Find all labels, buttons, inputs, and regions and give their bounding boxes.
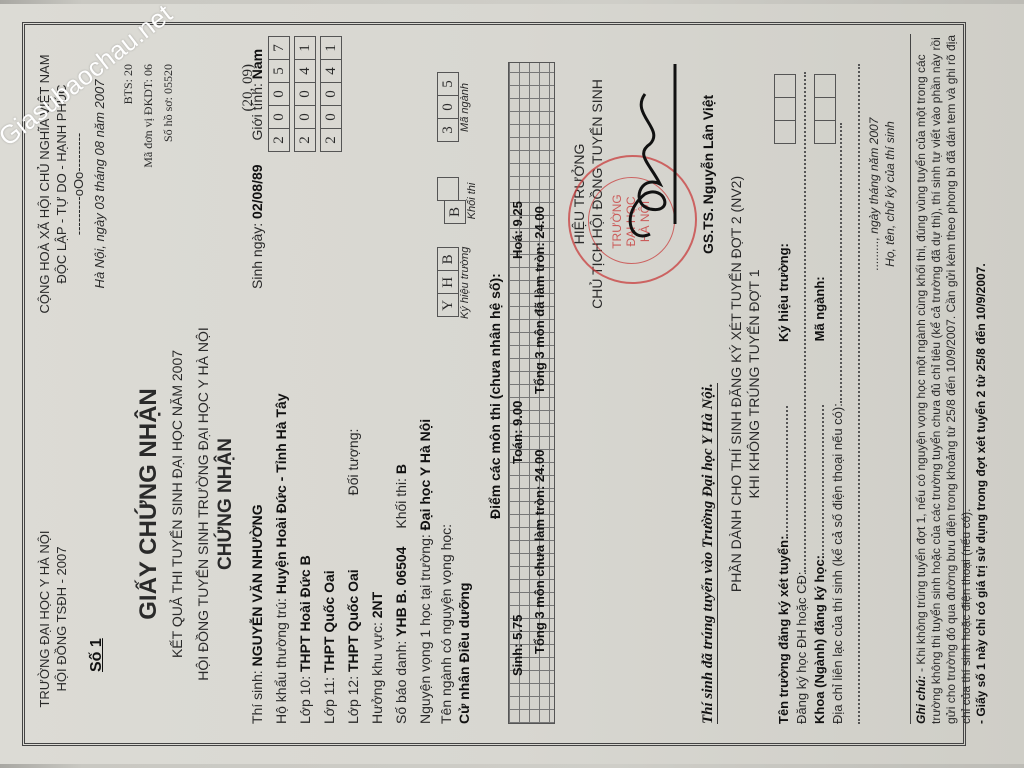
school-code-group: YHB Ký hiệu trường bbox=[437, 247, 471, 319]
council-name: HỘI ĐỒNG TSĐH - 2007 bbox=[53, 514, 70, 724]
code-box: B bbox=[444, 200, 466, 224]
code-box: 0 bbox=[437, 95, 459, 119]
certificate-subtitle: KẾT QUẢ THI TUYỂN SINH ĐẠI HỌC NĂM 2007 bbox=[169, 284, 185, 724]
total-unrounded: Tổng 3 môn chưa làm tròn: 24.00 bbox=[532, 450, 547, 654]
unit-code: Mã đơn vị ĐKDT: 06 bbox=[138, 64, 158, 168]
label: Lớp 12: bbox=[345, 676, 361, 724]
nv2-major-code-boxes bbox=[814, 75, 841, 144]
code-box: 5 bbox=[268, 59, 290, 83]
total-rounded: Tổng 3 môn đã làm tròn: 24.00 bbox=[532, 206, 547, 394]
label: Thí sinh: bbox=[249, 670, 265, 724]
grade11-school: THPT Quốc Oai bbox=[321, 570, 337, 673]
code-box: 5 bbox=[437, 72, 459, 96]
label: Hưởng khu vực: bbox=[369, 622, 385, 724]
school-code-label: Ký hiệu trường bbox=[459, 247, 471, 319]
certificate-page: TRƯỜNG ĐẠI HỌC Y HÀ NỘI HỘI ĐỒNG TSĐH - … bbox=[0, 4, 1024, 764]
region: 2NT bbox=[369, 592, 385, 618]
candidate-sign-block: ........., ngày tháng năm 2007 Họ, tên, … bbox=[866, 64, 898, 324]
label: Nguyện vọng 1 học tại trường: bbox=[417, 534, 433, 724]
code-box: H bbox=[437, 270, 459, 294]
note-line: chỉ của thí sinh hoặc điện thoại (nếu có… bbox=[959, 34, 974, 724]
address-field[interactable] bbox=[840, 123, 842, 403]
code-box: 3 bbox=[437, 118, 459, 142]
document-number: Số 1 bbox=[88, 638, 106, 672]
school-field[interactable] bbox=[786, 406, 788, 536]
code-box: 1 bbox=[320, 36, 342, 60]
bts-code: BTS: 20 bbox=[118, 64, 138, 168]
code-box bbox=[437, 177, 459, 201]
notes-block: Ghi chú: - Khi không trúng tuyển đợt 1, … bbox=[910, 34, 989, 724]
code-box: 0 bbox=[268, 105, 290, 129]
council-title: HỘI ĐỒNG TUYỂN SINH TRƯỜNG ĐẠI HỌC Y HÀ … bbox=[195, 284, 211, 724]
label: Khối thi: bbox=[393, 478, 409, 529]
level-field-label: Đăng ký học ĐH hoặc CĐ: bbox=[794, 572, 809, 724]
candidate-info: Thí sinh: NGUYỄN VĂN NHƯỜNG Hộ khẩu thườ… bbox=[245, 393, 473, 724]
sign-date: ........., ngày tháng năm 2007 bbox=[866, 64, 882, 324]
major-code-label: Mã ngành bbox=[459, 73, 471, 142]
major-code-group: 305 Mã ngành bbox=[437, 73, 471, 142]
nv2-subtitle: KHI KHÔNG TRÚNG TUYỂN ĐỢT 1 bbox=[745, 44, 763, 724]
code-box: 0 bbox=[294, 105, 316, 129]
nv2-title: PHẦN DÀNH CHO THÍ SINH ĐĂNG KÝ XÉT TUYỂN… bbox=[727, 44, 745, 724]
exam-block: B bbox=[393, 464, 409, 474]
code-box: 2 bbox=[320, 128, 342, 152]
address-field-label: Địa chỉ liên lạc của thí sinh (kể cả số … bbox=[830, 403, 845, 724]
code-box: 1 bbox=[294, 36, 316, 60]
grade10-school: THPT Hoài Đức B bbox=[297, 555, 313, 672]
address-field-line2[interactable] bbox=[858, 64, 860, 724]
level-field[interactable] bbox=[804, 72, 806, 572]
label: Lớp 11: bbox=[321, 677, 337, 724]
code-box: Y bbox=[437, 293, 459, 317]
label: Hộ khẩu thường trú: bbox=[273, 598, 289, 724]
notes-label: Ghi chú: bbox=[914, 675, 928, 724]
label: Số báo danh: bbox=[393, 641, 409, 724]
note-line: - Giấy số 1 này chỉ có giá trị sử dụng t… bbox=[974, 34, 989, 724]
code-rows: 200572004120041 bbox=[268, 37, 346, 152]
nv2-form: Tên trường đăng ký xét tuyển: Ký hiệu tr… bbox=[775, 64, 865, 724]
exam-block-group: B Khối thi bbox=[437, 178, 478, 224]
signer-name: GS.TS. Nguyễn Lân Việt bbox=[700, 95, 716, 254]
code-box: 0 bbox=[294, 82, 316, 106]
title-block: GIẤY CHỨNG NHẬN KẾT QUẢ THI TUYỂN SINH Đ… bbox=[135, 284, 237, 724]
codes-block: BTS: 20 Mã đơn vị ĐKDT: 06 Số hồ sơ: 055… bbox=[118, 64, 178, 168]
code-box: 0 bbox=[268, 82, 290, 106]
exam-block-label: Khối thi bbox=[466, 178, 478, 224]
file-number: Số hồ sơ: 05520 bbox=[158, 64, 178, 168]
code-row: 20057 bbox=[268, 37, 290, 152]
note-line: gửi cho trường đó qua đường bưu điện tro… bbox=[944, 34, 959, 724]
code-box: 4 bbox=[320, 59, 342, 83]
admission-statement: Thí sinh đã trúng tuyển vào Trường Đại h… bbox=[700, 383, 718, 724]
code-note: (20, 09) bbox=[240, 64, 257, 112]
nv2-section-title: PHẦN DÀNH CHO THÍ SINH ĐĂNG KÝ XÉT TUYỂN… bbox=[727, 44, 763, 724]
certificate-title: GIẤY CHỨNG NHẬN bbox=[135, 284, 163, 724]
republic-line: CỘNG HOÀ XÃ HỘI CHỦ NGHĨA VIỆT NAM bbox=[36, 24, 53, 344]
code-box: 0 bbox=[320, 82, 342, 106]
school-header: TRƯỜNG ĐẠI HỌC Y HÀ NỘI HỘI ĐỒNG TSĐH - … bbox=[36, 514, 70, 724]
exam-number: YHB B. 06504 bbox=[393, 547, 409, 637]
faculty-field[interactable] bbox=[822, 405, 824, 555]
major-code-field-label: Mã ngành: bbox=[812, 276, 827, 341]
label: Sinh ngày: bbox=[249, 223, 265, 289]
label: Lớp 10: bbox=[297, 676, 313, 724]
major: Cử nhân Điều dưỡng bbox=[455, 393, 473, 724]
residence: Huyện Hoài Đức - Tỉnh Hà Tây bbox=[273, 393, 289, 594]
score-biology: Sinh: 5.75 bbox=[510, 615, 525, 676]
scores-heading: Điểm các môn thi (chưa nhân hệ số): bbox=[487, 273, 503, 519]
code-box: B bbox=[437, 247, 459, 271]
grade12-school: THPT Quốc Oai bbox=[345, 569, 361, 672]
code-row: 20041 bbox=[320, 37, 342, 152]
priority-label: Đối tượng: bbox=[345, 429, 361, 496]
certify-heading: CHỨNG NHẬN bbox=[215, 284, 237, 724]
sign-label: Họ, tên, chữ ký của thí sinh bbox=[882, 64, 898, 324]
note-line: trường không thi tuyển sinh hoặc của các… bbox=[929, 34, 944, 724]
nv2-school-code-boxes bbox=[774, 75, 801, 144]
score-math: Toán: 9.00 bbox=[510, 401, 525, 464]
code-box: 2 bbox=[294, 128, 316, 152]
label: Tên ngành có nguyện vọng học: bbox=[438, 524, 454, 724]
code-row: 20041 bbox=[294, 37, 316, 152]
first-choice-school: Đại học Y Hà Nội bbox=[417, 419, 433, 531]
code-box: 4 bbox=[294, 59, 316, 83]
school-field-label: Tên trường đăng ký xét tuyển: bbox=[776, 536, 791, 724]
candidate-name: NGUYỄN VĂN NHƯỜNG bbox=[249, 504, 265, 666]
birth-date: 02/08/89 bbox=[249, 164, 265, 219]
code-box: 2 bbox=[268, 128, 290, 152]
code-box: 0 bbox=[320, 105, 342, 129]
faculty-field-label: Khoa (Ngành) đăng ký học: bbox=[812, 555, 827, 724]
school-code-field-label: Ký hiệu trường: bbox=[776, 243, 791, 342]
school-name: TRƯỜNG ĐẠI HỌC Y HÀ NỘI bbox=[36, 514, 53, 724]
score-chemistry: Hoá: 9.25 bbox=[510, 201, 525, 259]
handwritten-signature bbox=[590, 54, 710, 254]
code-box: 7 bbox=[268, 36, 290, 60]
note-line: - Khi không trúng tuyển đợt 1, nếu có ng… bbox=[914, 54, 928, 672]
